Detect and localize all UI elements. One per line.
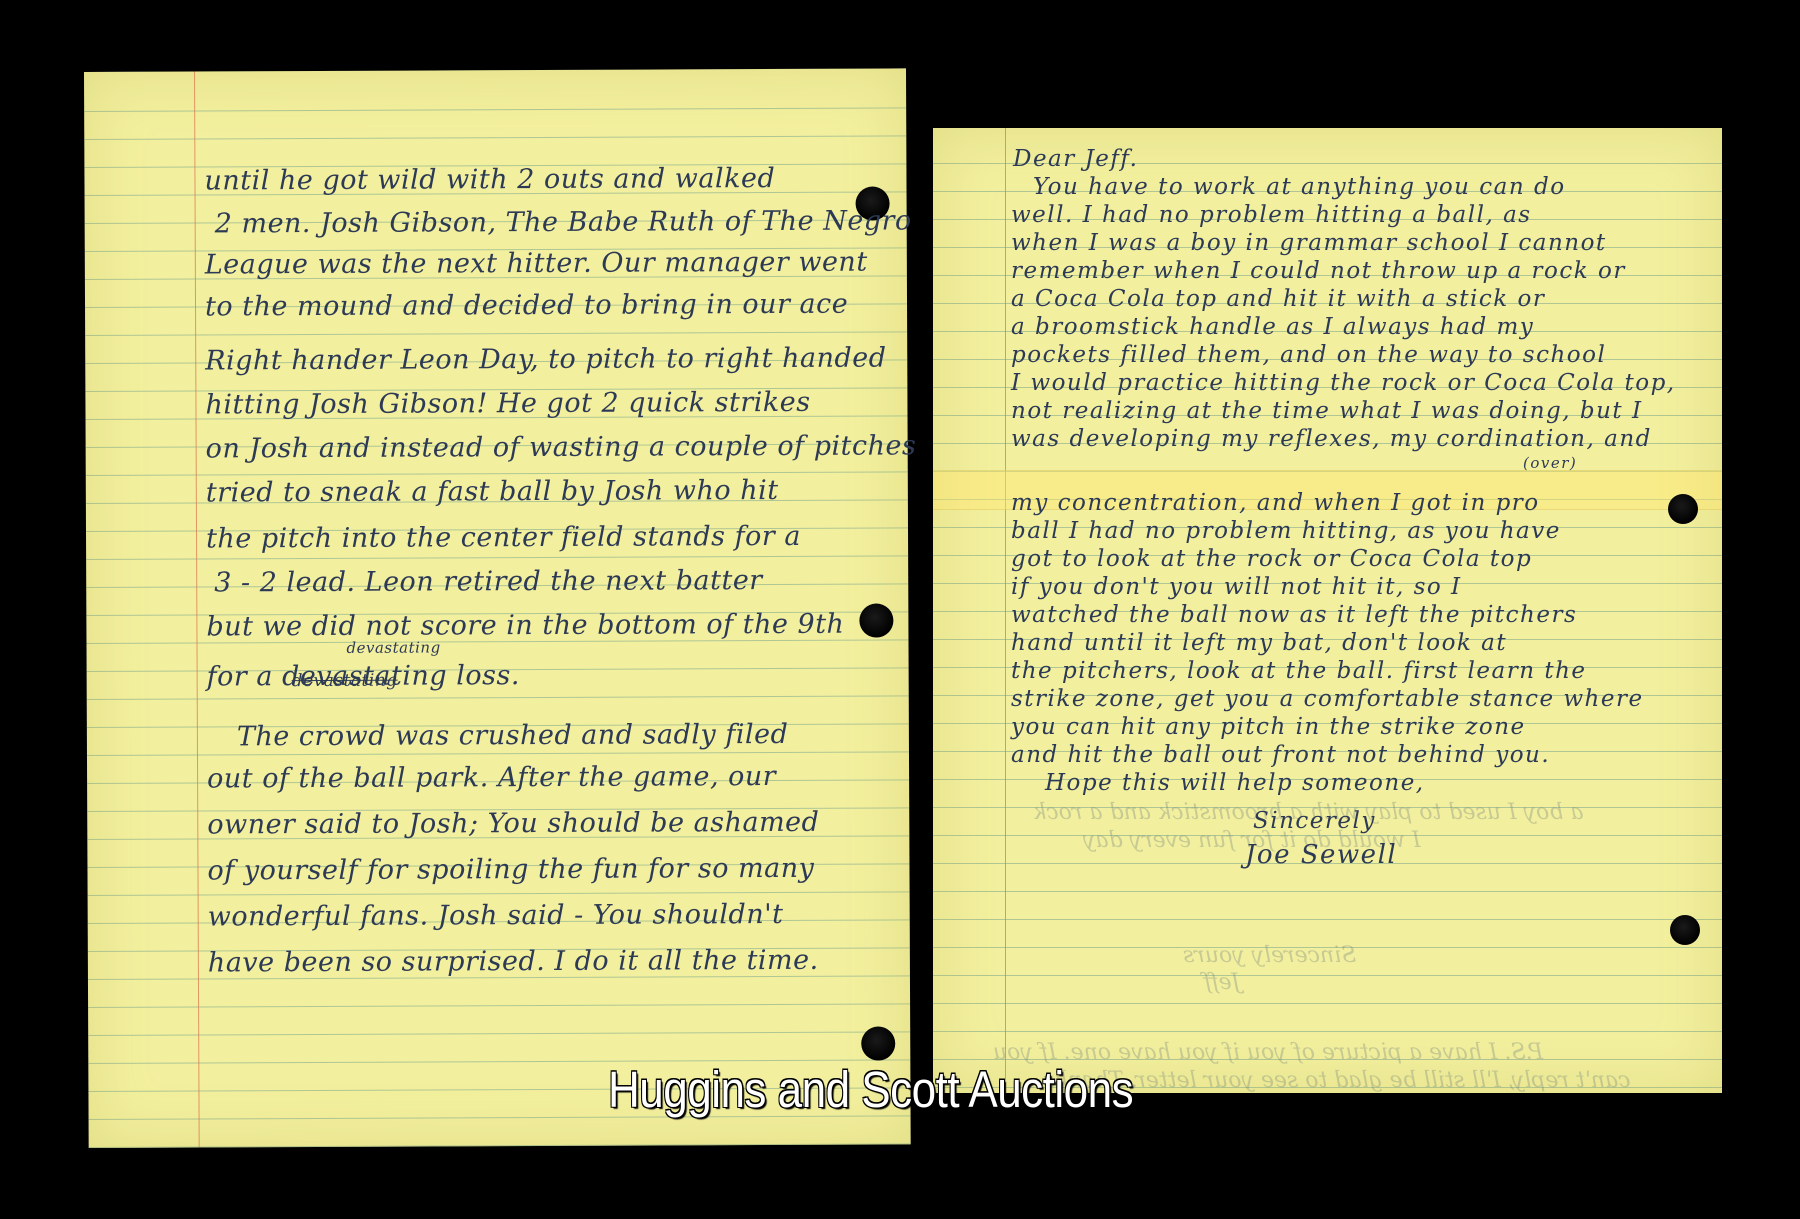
handwritten-line: until he got wild with 2 outs and walked [204,163,775,196]
handwritten-line: got to look at the rock or Coca Cola top [1011,546,1532,572]
handwritten-line: but we did not score in the bottom of th… [206,609,844,643]
salutation: Dear Jeff. [1013,146,1138,172]
handwritten-line: not realizing at the time what I was doi… [1011,398,1643,424]
handwritten-line: a broomstick handle as I always had my [1011,314,1534,340]
handwritten-line: out of the ball park. After the game, ou… [207,761,776,794]
handwritten-line: the pitchers, look at the ball. first le… [1011,658,1587,684]
handwritten-line: of yourself for spoiling the fun for so … [207,853,814,887]
handwritten-line: a Coca Cola top and hit it with a stick … [1011,286,1545,312]
signature: Joe Sewell [1245,840,1397,870]
margin-line [1005,128,1006,1093]
over-note: (over) [1523,454,1577,472]
handwritten-line: if you don't you will not hit it, so I [1011,574,1462,600]
insertion-note: devastating [346,638,440,656]
watermark: Huggins and Scott Auctions [608,1062,1133,1120]
handwritten-line: have been so surprised. I do it all the … [208,945,819,979]
handwritten-line: my concentration, and when I got in pro [1011,490,1540,516]
hole-punch-icon [861,1026,895,1060]
handwritten-line: owner said to Josh; You should be ashame… [207,807,819,841]
handwritten-line: wonderful fans. Josh said - You shouldn'… [208,899,784,933]
struck-word: devastating [292,671,398,691]
hole-punch-icon [859,603,893,637]
handwritten-line: and hit the ball out front not behind yo… [1011,742,1550,768]
handwritten-line: you can hit any pitch in the strike zone [1011,714,1526,740]
right-letter-page: a boy I used to play with a broomstick a… [933,128,1722,1093]
handwritten-line: watched the ball now as it left the pitc… [1011,602,1577,628]
handwritten-line: League was the next hitter. Our manager … [205,247,868,281]
show-through-text: Jeff [1203,970,1240,995]
handwritten-line: hitting Josh Gibson! He got 2 quick stri… [205,387,810,421]
handwritten-line: Hope this will help someone, [1045,770,1425,796]
handwritten-line: tried to sneak a fast ball by Josh who h… [206,475,779,508]
handwritten-line: strike zone, get you a comfortable stanc… [1011,686,1644,712]
handwritten-line: ball I had no problem hitting, as you ha… [1011,518,1561,544]
handwritten-line: well. I had no problem hitting a ball, a… [1011,202,1532,228]
show-through-text: Sincerely yours [1183,943,1356,968]
handwritten-line: Right hander Leon Day, to pitch to right… [205,343,886,377]
handwritten-line: remember when I could not throw up a roc… [1011,258,1626,284]
handwritten-line: 2 men. Josh Gibson, The Babe Ruth of The… [215,205,912,239]
handwritten-line: I would practice hitting the rock or Coc… [1011,370,1676,396]
left-letter-page: until he got wild with 2 outs and walked… [84,68,911,1148]
margin-line [194,72,200,1148]
handwritten-line: was developing my reflexes, my cordinati… [1011,426,1652,452]
hole-punch-icon [1670,915,1700,945]
handwritten-line: The crowd was crushed and sadly filed [237,719,789,752]
handwritten-line: You have to work at anything you can do [1033,174,1566,200]
handwritten-line: the pitch into the center field stands f… [206,521,801,555]
handwritten-line: 3 - 2 lead. Leon retired the next batter [214,565,763,598]
handwritten-line: on Josh and instead of wasting a couple … [206,430,917,464]
handwritten-line: pockets filled them, and on the way to s… [1011,342,1606,368]
handwritten-line: hand until it left my bat, don't look at [1011,630,1507,656]
closing: Sincerely [1253,808,1376,834]
hole-punch-icon [1668,494,1698,524]
handwritten-line: when I was a boy in grammar school I can… [1011,230,1607,256]
handwritten-line: to the mound and decided to bring in our… [205,289,848,323]
